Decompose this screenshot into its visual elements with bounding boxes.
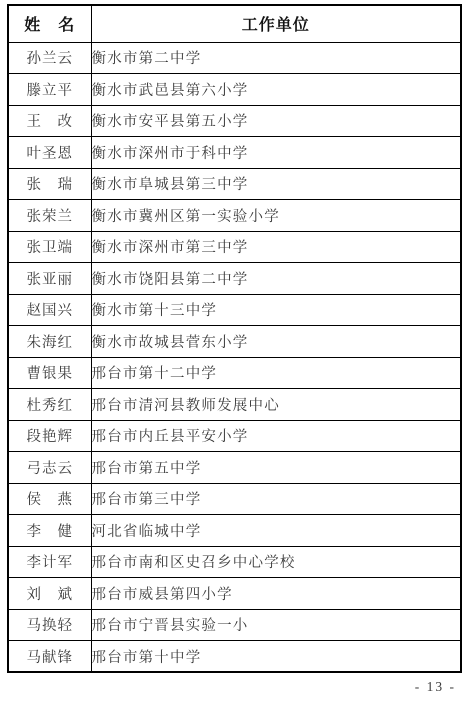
table-row: 孙兰云衡水市第二中学 (8, 42, 461, 74)
roster-table: 姓 名 工作单位 孙兰云衡水市第二中学滕立平衡水市武邑县第六小学王 改衡水市安平… (7, 4, 462, 673)
unit-cell: 衡水市故城县菅东小学 (91, 326, 461, 358)
unit-cell: 邢台市内丘县平安小学 (91, 420, 461, 452)
name-cell: 李 健 (8, 515, 91, 547)
table-row: 弓志云邢台市第五中学 (8, 452, 461, 484)
unit-cell: 衡水市安平县第五小学 (91, 105, 461, 137)
unit-cell: 邢台市第三中学 (91, 483, 461, 515)
unit-column-header: 工作单位 (91, 5, 461, 42)
unit-cell: 衡水市第十三中学 (91, 294, 461, 326)
unit-cell: 衡水市深州市第三中学 (91, 231, 461, 263)
name-cell: 张卫端 (8, 231, 91, 263)
name-cell: 马献锋 (8, 641, 91, 673)
name-cell: 滕立平 (8, 74, 91, 106)
page-number: - 13 - (415, 679, 456, 695)
unit-cell: 邢台市第十二中学 (91, 357, 461, 389)
name-cell: 段艳辉 (8, 420, 91, 452)
name-cell: 曹银果 (8, 357, 91, 389)
table-row: 杜秀红邢台市清河县教师发展中心 (8, 389, 461, 421)
table-row: 段艳辉邢台市内丘县平安小学 (8, 420, 461, 452)
table-row: 张卫端衡水市深州市第三中学 (8, 231, 461, 263)
unit-cell: 邢台市第五中学 (91, 452, 461, 484)
name-cell: 叶圣恩 (8, 137, 91, 169)
table-row: 曹银果邢台市第十二中学 (8, 357, 461, 389)
unit-cell: 邢台市清河县教师发展中心 (91, 389, 461, 421)
table-row: 张 瑞衡水市阜城县第三中学 (8, 168, 461, 200)
name-column-header: 姓 名 (8, 5, 91, 42)
table-row: 侯 燕邢台市第三中学 (8, 483, 461, 515)
name-cell: 赵国兴 (8, 294, 91, 326)
table-row: 马献锋邢台市第十中学 (8, 641, 461, 673)
name-cell: 杜秀红 (8, 389, 91, 421)
table-row: 朱海红衡水市故城县菅东小学 (8, 326, 461, 358)
table-row: 刘 斌邢台市威县第四小学 (8, 578, 461, 610)
header-row: 姓 名 工作单位 (8, 5, 461, 42)
name-cell: 张亚丽 (8, 263, 91, 295)
unit-cell: 邢台市第十中学 (91, 641, 461, 673)
unit-cell: 河北省临城中学 (91, 515, 461, 547)
name-cell: 马换轻 (8, 609, 91, 641)
table-row: 滕立平衡水市武邑县第六小学 (8, 74, 461, 106)
table-row: 张荣兰衡水市冀州区第一实验小学 (8, 200, 461, 232)
unit-cell: 衡水市冀州区第一实验小学 (91, 200, 461, 232)
name-cell: 刘 斌 (8, 578, 91, 610)
unit-cell: 衡水市饶阳县第二中学 (91, 263, 461, 295)
name-cell: 朱海红 (8, 326, 91, 358)
roster-table-header: 姓 名 工作单位 (8, 5, 461, 42)
table-row: 张亚丽衡水市饶阳县第二中学 (8, 263, 461, 295)
unit-cell: 衡水市深州市于科中学 (91, 137, 461, 169)
table-row: 赵国兴衡水市第十三中学 (8, 294, 461, 326)
name-cell: 张 瑞 (8, 168, 91, 200)
name-cell: 张荣兰 (8, 200, 91, 232)
name-cell: 李计军 (8, 546, 91, 578)
name-cell: 侯 燕 (8, 483, 91, 515)
unit-cell: 邢台市宁晋县实验一小 (91, 609, 461, 641)
unit-cell: 邢台市威县第四小学 (91, 578, 461, 610)
table-row: 李 健河北省临城中学 (8, 515, 461, 547)
table-row: 马换轻邢台市宁晋县实验一小 (8, 609, 461, 641)
roster-table-body: 孙兰云衡水市第二中学滕立平衡水市武邑县第六小学王 改衡水市安平县第五小学叶圣恩衡… (8, 42, 461, 672)
table-row: 王 改衡水市安平县第五小学 (8, 105, 461, 137)
table-row: 叶圣恩衡水市深州市于科中学 (8, 137, 461, 169)
unit-cell: 衡水市第二中学 (91, 42, 461, 74)
unit-cell: 衡水市阜城县第三中学 (91, 168, 461, 200)
table-row: 李计军邢台市南和区史召乡中心学校 (8, 546, 461, 578)
name-cell: 王 改 (8, 105, 91, 137)
unit-cell: 衡水市武邑县第六小学 (91, 74, 461, 106)
unit-cell: 邢台市南和区史召乡中心学校 (91, 546, 461, 578)
name-cell: 弓志云 (8, 452, 91, 484)
name-cell: 孙兰云 (8, 42, 91, 74)
